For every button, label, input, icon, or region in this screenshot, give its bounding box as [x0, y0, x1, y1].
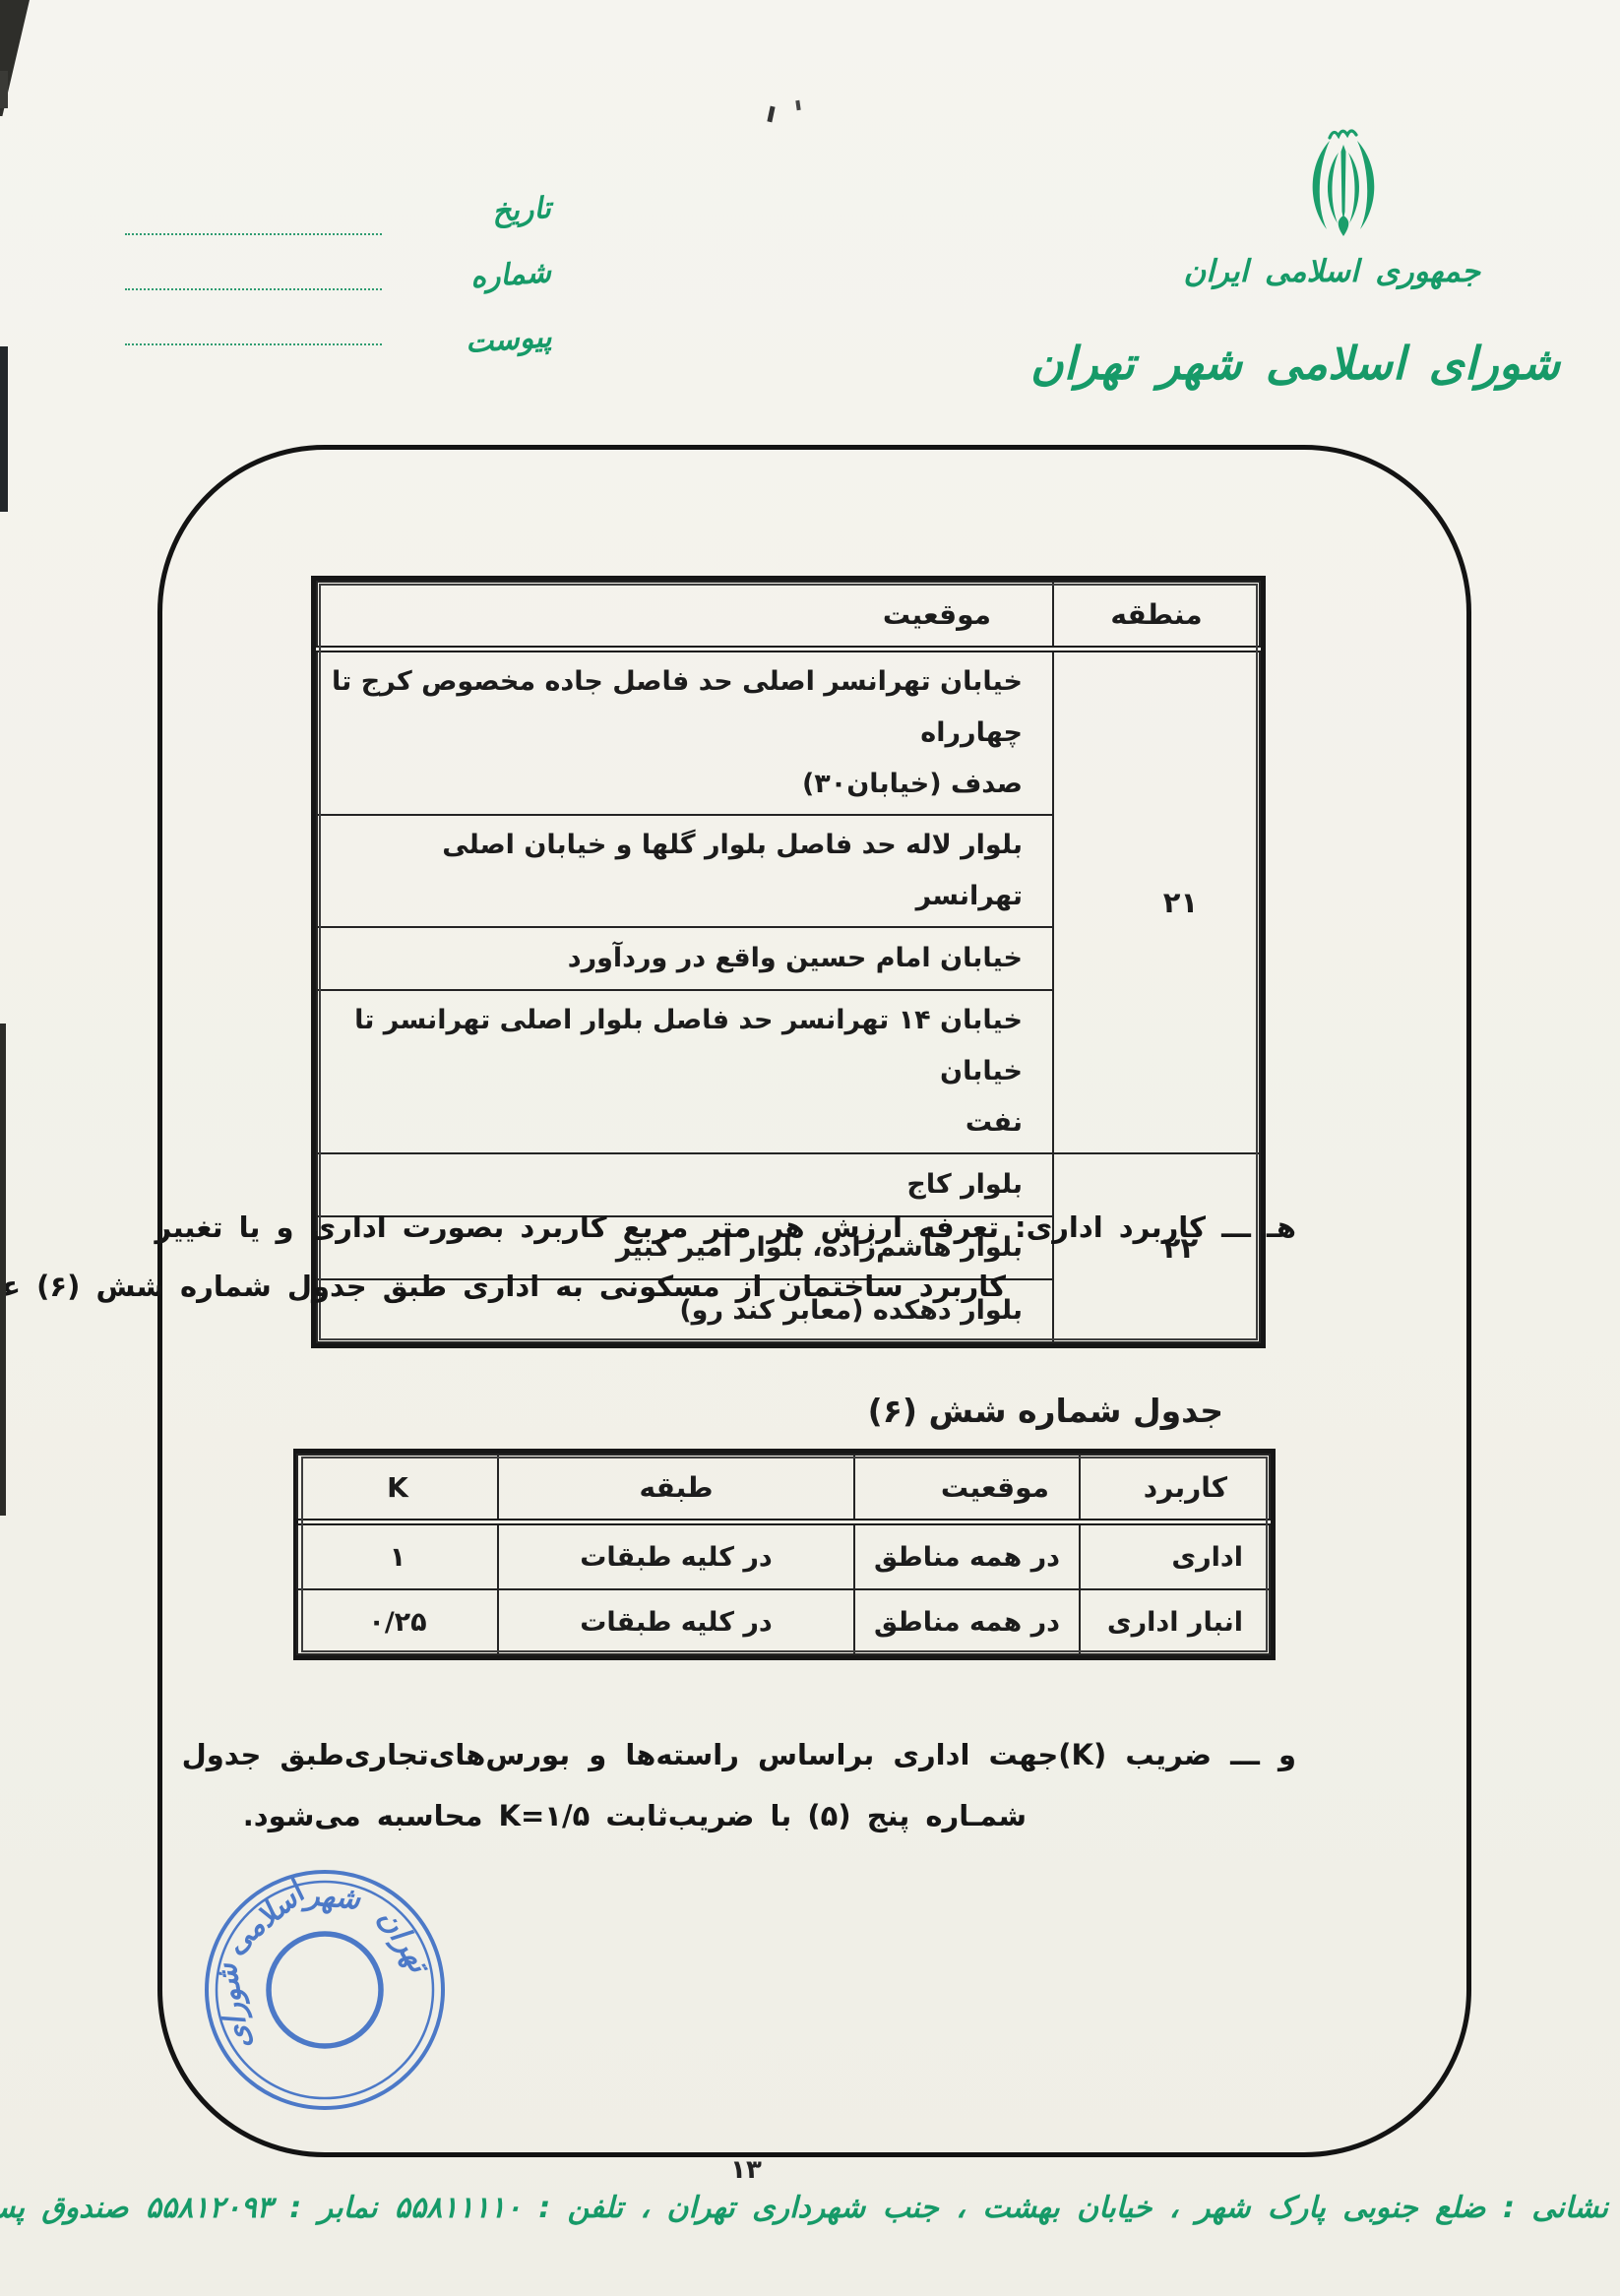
scan-artifact	[0, 346, 8, 512]
table-six-title: جدول شماره شش (۶)	[868, 1392, 1223, 1430]
scan-artifact	[795, 100, 800, 110]
table-six: کاربرد موقعیت طبقه K اداریدر همه مناطقدر…	[293, 1449, 1276, 1660]
attachment-blank-line	[125, 343, 382, 345]
location-cell: خیابان ۱۴ تهرانسر حد فاصل بلوار اصلی تهر…	[317, 990, 1053, 1153]
loc-cell: در همه مناطق	[854, 1589, 1080, 1654]
table-row: ۲۲بلوار کاج	[317, 1153, 1260, 1216]
council-stamp: شورای اسلامی شهر تهران	[192, 1857, 458, 2123]
loc-cell: در همه مناطق	[854, 1522, 1080, 1590]
number-blank-line	[125, 288, 382, 290]
stamp-word: تهران	[371, 1902, 438, 1981]
date-blank-line	[125, 233, 382, 235]
location-cell: خیابان امام حسین واقع در وردآورد	[317, 927, 1053, 990]
location-cell: بلوار کاج	[317, 1153, 1053, 1216]
scan-artifact	[767, 106, 775, 123]
k-column-header: K	[297, 1455, 498, 1522]
republic-title: جمهوری اسلامی ایران	[1184, 254, 1480, 289]
footer-address: نشانی : ضلع جنوبی پارک شهر ، خیابان بهشت…	[39, 2191, 1608, 2225]
iran-emblem-icon	[1294, 124, 1393, 242]
floor-cell: در کلیه طبقات	[498, 1589, 854, 1654]
attachment-label: پیوست	[464, 320, 552, 360]
section-v-line1: و ـــ ضریب (K)جهت اداری براساس راسته‌ها …	[182, 1738, 1296, 1771]
location-column-header: موقعیت	[317, 582, 1053, 650]
table-row: انبار اداریدر همه مناطقدر کلیه طبقات۰/۲۵	[297, 1589, 1270, 1654]
location-cell: خیابان تهرانسر اصلی حد فاصل جاده مخصوص ک…	[317, 650, 1053, 816]
location-cell: بلوار لاله حد فاصل بلوار گلها و خیابان ا…	[317, 815, 1053, 927]
stamp-word: شهر	[300, 1878, 363, 1917]
k-cell: ۱	[297, 1522, 498, 1590]
section-h-line1: هـ ـــ کاربرد اداری: تعرفه ارزش هر متر م…	[156, 1210, 1296, 1244]
location-column-header: موقعیت	[854, 1455, 1080, 1522]
section-v-line2: شمـاره پنج (۵) با ضریب‌ثابت K=۱/۵ محاسبه…	[243, 1799, 1027, 1832]
table-row: اداریدر همه مناطقدر کلیه طبقات۱	[297, 1522, 1270, 1590]
district-column-header: منطقه	[1053, 582, 1260, 650]
number-label: شماره	[469, 255, 552, 295]
table-six-header-row: کاربرد موقعیت طبقه K	[297, 1455, 1270, 1522]
zones-table-header-row: منطقه موقعیت	[317, 582, 1260, 650]
scan-artifact	[0, 71, 8, 108]
section-h-line2: کاربرد ساختمان از مسکونی به اداری طبق جد…	[0, 1270, 1006, 1303]
table-six-body: اداریدر همه مناطقدر کلیه طبقات۱انبار ادا…	[297, 1522, 1270, 1655]
usage-cell: اداری	[1080, 1522, 1270, 1590]
date-label: تاریخ	[491, 191, 552, 229]
table-row: ۲۱خیابان تهرانسر اصلی حد فاصل جاده مخصوص…	[317, 650, 1260, 816]
k-cell: ۰/۲۵	[297, 1589, 498, 1654]
floor-cell: در کلیه طبقات	[498, 1522, 854, 1590]
floor-column-header: طبقه	[498, 1455, 854, 1522]
usage-column-header: کاربرد	[1080, 1455, 1270, 1522]
district-cell: ۲۲	[1053, 1153, 1260, 1342]
council-title: شورای اسلامی شهر تهران	[1030, 337, 1560, 390]
scanned-letter-page: جمهوری اسلامی ایران شورای اسلامی شهر تهر…	[0, 0, 1620, 2296]
district-cell: ۲۱	[1053, 650, 1260, 1154]
usage-cell: انبار اداری	[1080, 1589, 1270, 1654]
scan-artifact	[0, 1024, 6, 1516]
page-number: ۱۳	[717, 2155, 776, 2185]
